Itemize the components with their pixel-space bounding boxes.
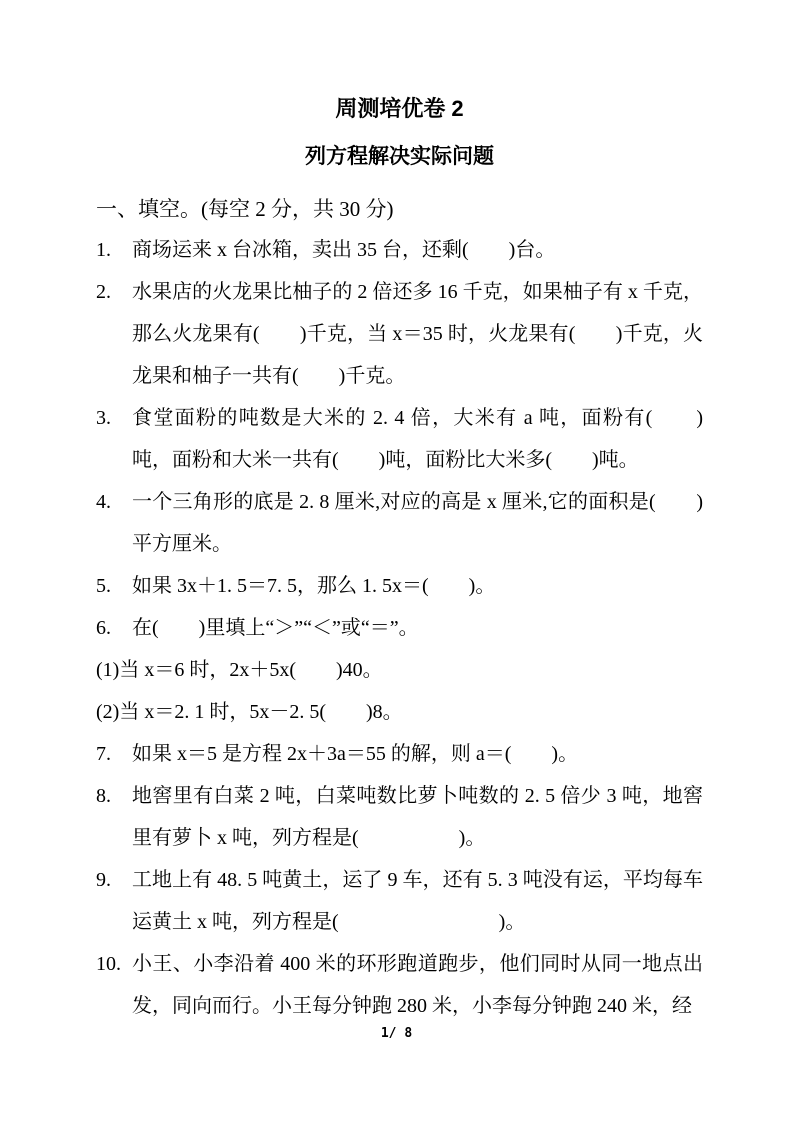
question-5-number: 5.	[96, 565, 132, 607]
question-2-text: 水果店的火龙果比柚子的 2 倍还多 16 千克，如果柚子有 x 千克，那么火龙果…	[132, 271, 703, 397]
question-3-text: 食堂面粉的吨数是大米的 2. 4 倍，大米有 a 吨，面粉有( )吨，面粉和大米…	[132, 397, 703, 481]
section-heading: 一、填空。(每空 2 分，共 30 分)	[96, 195, 703, 223]
page-number: 1/ 8	[0, 1026, 793, 1042]
question-10-number: 10.	[96, 943, 132, 985]
question-9-text: 工地上有 48. 5 吨黄土，运了 9 车，还有 5. 3 吨没有运，平均每车运…	[132, 859, 703, 943]
question-4: 4. 一个三角形的底是 2. 8 厘米,对应的高是 x 厘米,它的面积是( )平…	[96, 481, 703, 565]
question-2: 2. 水果店的火龙果比柚子的 2 倍还多 16 千克，如果柚子有 x 千克，那么…	[96, 271, 703, 397]
question-1: 1. 商场运来 x 台冰箱，卖出 35 台，还剩( )台。	[96, 229, 703, 271]
question-8-text: 地窖里有白菜 2 吨，白菜吨数比萝卜吨数的 2. 5 倍少 3 吨，地窖里有萝卜…	[132, 775, 703, 859]
question-2-number: 2.	[96, 271, 132, 313]
page-subtitle: 列方程解决实际问题	[96, 144, 703, 169]
question-list: 1. 商场运来 x 台冰箱，卖出 35 台，还剩( )台。 2. 水果店的火龙果…	[96, 229, 703, 1027]
question-8-number: 8.	[96, 775, 132, 817]
question-8: 8. 地窖里有白菜 2 吨，白菜吨数比萝卜吨数的 2. 5 倍少 3 吨，地窖里…	[96, 775, 703, 859]
question-9-number: 9.	[96, 859, 132, 901]
question-6-sub-2: (2)当 x＝2. 1 时，5x－2. 5( )8。	[96, 691, 703, 733]
question-9: 9. 工地上有 48. 5 吨黄土，运了 9 车，还有 5. 3 吨没有运，平均…	[96, 859, 703, 943]
question-4-number: 4.	[96, 481, 132, 523]
question-6-text: 在( )里填上“＞”“＜”或“＝”。	[132, 607, 703, 649]
question-6-sub-1: (1)当 x＝6 时，2x＋5x( )40。	[96, 649, 703, 691]
question-1-number: 1.	[96, 229, 132, 271]
question-6-number: 6.	[96, 607, 132, 649]
question-4-text: 一个三角形的底是 2. 8 厘米,对应的高是 x 厘米,它的面积是( )平方厘米…	[132, 481, 703, 565]
question-5: 5. 如果 3x＋1. 5＝7. 5，那么 1. 5x＝( )。	[96, 565, 703, 607]
question-7-number: 7.	[96, 733, 132, 775]
question-3: 3. 食堂面粉的吨数是大米的 2. 4 倍，大米有 a 吨，面粉有( )吨，面粉…	[96, 397, 703, 481]
question-7: 7. 如果 x＝5 是方程 2x＋3a＝55 的解，则 a＝( )。	[96, 733, 703, 775]
question-6: 6. 在( )里填上“＞”“＜”或“＝”。	[96, 607, 703, 649]
question-5-text: 如果 3x＋1. 5＝7. 5，那么 1. 5x＝( )。	[132, 565, 703, 607]
question-10: 10. 小王、小李沿着 400 米的环形跑道跑步，他们同时从同一地点出发，同向而…	[96, 943, 703, 1027]
question-3-number: 3.	[96, 397, 132, 439]
question-1-text: 商场运来 x 台冰箱，卖出 35 台，还剩( )台。	[132, 229, 703, 271]
page-title: 周测培优卷 2	[96, 96, 703, 122]
question-10-text: 小王、小李沿着 400 米的环形跑道跑步，他们同时从同一地点出发，同向而行。小王…	[132, 943, 703, 1027]
worksheet-page: 周测培优卷 2 列方程解决实际问题 一、填空。(每空 2 分，共 30 分) 1…	[0, 0, 793, 1122]
question-7-text: 如果 x＝5 是方程 2x＋3a＝55 的解，则 a＝( )。	[132, 733, 703, 775]
